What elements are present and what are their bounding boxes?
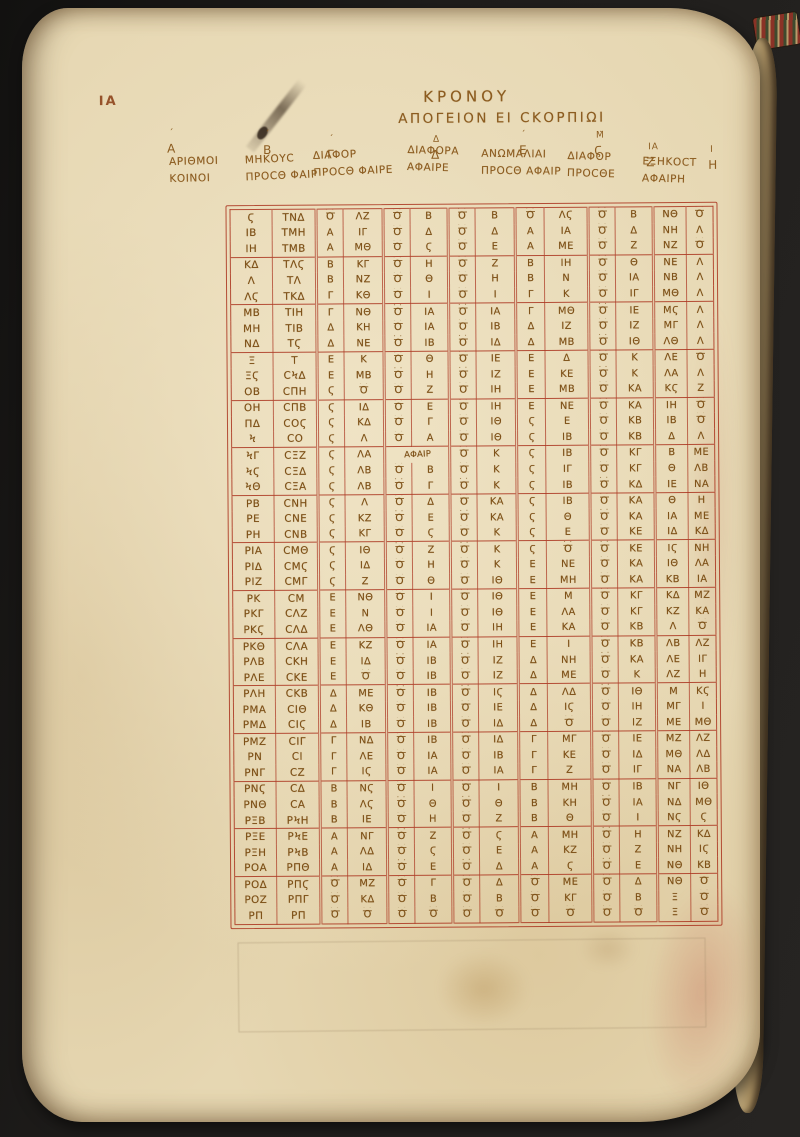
table-cell: Β xyxy=(415,891,453,907)
table-cell: Ο xyxy=(589,334,616,350)
table-cell: Ο xyxy=(451,668,478,684)
table-cell: Ο xyxy=(385,463,412,479)
table-cell: ΝΖ xyxy=(344,272,384,288)
table-cell: ΛϚ xyxy=(347,796,387,812)
table-cell: ΛΔ xyxy=(690,746,717,762)
table-cell: ΜΘ xyxy=(657,747,690,763)
letter-note: Μ̈ xyxy=(596,131,605,141)
table-cell: Ο xyxy=(687,238,714,254)
table-cell: ΙΔ xyxy=(348,860,388,876)
table-cell: Ο xyxy=(687,349,714,365)
table-cell: Η xyxy=(476,271,516,287)
table-cell: ΙΔ xyxy=(479,716,519,732)
table-cell: Ο xyxy=(593,842,620,858)
table-cell: ΙΑ xyxy=(616,270,654,286)
table-cell: Θ xyxy=(479,795,519,811)
table-cell: Ι xyxy=(547,636,591,652)
table-cell: Ο xyxy=(593,826,620,842)
table-cell: Ϛ xyxy=(319,574,346,590)
table-cell: Λ xyxy=(687,254,714,270)
table-cell: Ο xyxy=(448,224,475,240)
table-cell: Ε xyxy=(517,382,546,398)
table-cell: Ο xyxy=(388,859,415,875)
table-cell: Ϛ xyxy=(317,383,344,399)
table-cell: ΙΒ xyxy=(619,778,657,794)
table-cell: ΙΘ xyxy=(616,334,654,350)
table-cell: Ο xyxy=(453,891,480,907)
table-cell: ΝΗ xyxy=(547,652,591,668)
table-cell: Β xyxy=(516,255,545,271)
table-cell: ΚΑ xyxy=(618,556,656,572)
table-cell: Α xyxy=(520,843,549,859)
table-cell: ΙΒ xyxy=(546,429,590,445)
table-cell: Λ xyxy=(687,270,714,286)
table-cell: Ϛ xyxy=(517,493,546,509)
table-cell: Ο xyxy=(384,304,411,320)
table-cell: Β xyxy=(317,273,344,289)
table-cell: ΙΒ xyxy=(347,717,387,733)
table-cell: Ϛ xyxy=(318,526,345,542)
table-cell: ΙΘ xyxy=(619,683,657,699)
table-cell: Α xyxy=(412,430,450,446)
table-cell: ΡΝ xyxy=(234,749,276,765)
table-cell: Ε xyxy=(412,510,450,526)
table-cell: Θ xyxy=(413,573,451,589)
table-cell: ΛΑ xyxy=(547,604,591,620)
table-cell: Ο xyxy=(346,669,386,685)
table-cell: Ο xyxy=(388,907,415,923)
table-cell: ΙΒ xyxy=(411,335,449,351)
table-cell: ΛΒ xyxy=(688,461,715,477)
table-cell: Η xyxy=(411,367,449,383)
table-cell: Ο xyxy=(590,414,617,430)
table-cell: Γ xyxy=(320,749,347,765)
table-cell: ΙΒ xyxy=(476,319,516,335)
table-cell: ϹΞΔ xyxy=(274,463,318,479)
table-cell: ϹΝΕ xyxy=(274,511,318,527)
table-cell: Α xyxy=(321,860,348,876)
table-cell: Δ xyxy=(519,715,548,731)
table-cell: ΚΒ xyxy=(656,572,689,588)
table-cell: Ο xyxy=(387,732,414,748)
table-cell: ΙΑ xyxy=(413,621,451,637)
table-cell: Δ xyxy=(319,685,346,701)
table-cell: ΙΑ xyxy=(689,571,716,587)
table-cell: ΝΗ xyxy=(689,540,716,556)
table-cell: Δ xyxy=(410,224,448,240)
column-header: ΑΝΩΜΑΛΙΑΙΠΡΟϹΘ ΑΦΑΙΡ xyxy=(481,146,561,181)
table-cell: Α xyxy=(321,844,348,860)
table-cell: ΡΕ xyxy=(232,511,274,527)
table-cell: ϞΘ xyxy=(232,479,274,495)
table-cell: ΜΒ xyxy=(545,334,589,350)
table-cell: ΚΑ xyxy=(689,603,716,619)
table-cell: Ο xyxy=(450,478,477,494)
table-cell: ΚΓ xyxy=(617,445,655,461)
table-cell: Ο xyxy=(387,748,414,764)
table-cell: Β xyxy=(520,795,549,811)
table-cell: ΙΑ xyxy=(476,303,516,319)
table-cell: ΙΑ xyxy=(413,637,451,653)
table-cell: Ε xyxy=(319,654,346,670)
table-cell: Ο xyxy=(593,858,620,874)
table-cell: ΤΛϚ xyxy=(272,257,316,273)
table-cell: Ο xyxy=(388,891,415,907)
table-cell: ΙΒ xyxy=(414,716,452,732)
table-cell: Ο xyxy=(450,525,477,541)
table-cell: ϹΞΖ xyxy=(274,447,318,463)
table-cell: ΚΑ xyxy=(477,494,517,510)
table-cell: Δ xyxy=(519,700,548,716)
table-cell: ΙΘ xyxy=(477,430,517,446)
table-cell: Ϛ xyxy=(517,477,546,493)
table-cell: ΜΓ xyxy=(548,731,592,747)
table-cell: ΡΟΔ xyxy=(235,876,277,892)
table-cell: ΚϚ xyxy=(654,381,687,397)
table-cell: Ο xyxy=(480,906,520,922)
table-cell: Ο xyxy=(592,779,619,795)
table-cell: Ο xyxy=(453,907,480,923)
table-cell: Ζ xyxy=(616,238,654,254)
table-cell: ϹϞΔ xyxy=(273,368,317,384)
table-cell: ΛΔ xyxy=(548,684,592,700)
table-cell: Θ xyxy=(549,810,593,826)
table-cell: ΙΘ xyxy=(477,414,517,430)
table-cell: ΚΔ xyxy=(617,477,655,493)
table-cell: Ι xyxy=(413,589,451,605)
table-cell: ΜΘ xyxy=(654,286,687,302)
table-cell: Ο xyxy=(387,701,414,717)
table-cell: Ο xyxy=(590,509,617,525)
table-cell: ΙΖ xyxy=(478,668,518,684)
table-cell: Ο xyxy=(589,286,616,302)
table-cell: Κ xyxy=(344,352,384,368)
table-cell: ΚΑ xyxy=(618,652,656,668)
table-cell: Ο xyxy=(384,351,411,367)
table-cell: Δ xyxy=(516,334,545,350)
table-cell: ΚΗ xyxy=(548,795,592,811)
table-cell: ΝΔ xyxy=(657,794,690,810)
table-cell: ΙΗ xyxy=(655,397,688,413)
table-cell: ΙΒ xyxy=(546,477,590,493)
table-cell: Ι xyxy=(413,605,451,621)
table-cell: ΝΒ xyxy=(654,270,687,286)
table-cell: Α xyxy=(516,224,545,240)
table-body: ϚΤΝΔΟΛΖΟΒΟΒΟΛϚΟΒΝΘΟΙΒΤΜΗΑΙΓΟΔΟΔΑΙΑΟΔΝΗΛΙ… xyxy=(230,206,718,924)
table-cell: ΙϚ xyxy=(656,540,689,556)
table-cell: ΜΖ xyxy=(348,876,388,892)
table-cell: ϹΔ xyxy=(276,781,320,797)
table-cell: ΡΜΑ xyxy=(233,702,275,718)
table-cell: ΝΘ xyxy=(344,304,384,320)
table-cell: Ε xyxy=(317,368,344,384)
table-cell: Ϛ xyxy=(318,447,345,463)
page-background: ΙΑ ΚΡΟΝΟΥ ΑΠΟΓΕΙΟΝ ΕΙ ϹΚΟΡΠΙΩΙ ´ Α ´ Β ´… xyxy=(0,0,800,1137)
table-cell: ΛΕ xyxy=(654,349,687,365)
table-cell: ΝΑ xyxy=(688,476,715,492)
table-cell: Ϛ xyxy=(318,511,345,527)
table-cell: ΙΒ xyxy=(414,701,452,717)
table-cell: ΙΗ xyxy=(477,398,517,414)
table-cell: Ο xyxy=(387,716,414,732)
table-cell: ΝΘ xyxy=(346,590,386,606)
table-cell: ΝΗ xyxy=(653,223,686,239)
table-cell: Μ xyxy=(547,588,591,604)
table-cell: Ε xyxy=(518,589,547,605)
table-cell: Κ xyxy=(477,477,517,493)
table-cell: Λ xyxy=(687,365,714,381)
table-cell: Ο xyxy=(691,873,718,889)
table-cell: Ζ xyxy=(688,381,715,397)
table-cell: ΙΖ xyxy=(619,715,657,731)
table-cell: Ο xyxy=(385,478,412,494)
table-cell: Ξ xyxy=(658,889,691,905)
table-cell: ΤϚ xyxy=(273,336,317,352)
table-cell: ΟΒ xyxy=(231,384,273,400)
table-cell: ΡΠ xyxy=(277,908,321,924)
table-cell: ΚΓ xyxy=(345,526,385,542)
table-cell: Ϟ xyxy=(232,432,274,448)
table-cell: Ε xyxy=(547,525,591,541)
column-header: ΔΙΑΦΟΡΠΡΟϹΘΕ xyxy=(567,148,616,183)
table-cell: ΙΔ xyxy=(655,524,688,540)
table-cell: ΝΕ xyxy=(547,557,591,573)
table-cell: ΙΕ xyxy=(347,812,387,828)
table-cell: Ο xyxy=(589,271,616,287)
table-cell: Ε xyxy=(480,843,520,859)
table-cell: ΡΚ xyxy=(233,590,275,606)
table-cell: Θ xyxy=(655,461,688,477)
table-cell: ΡΚϚ xyxy=(233,622,275,638)
column-header: ΜΗΚΟΥϹΠΡΟϹΘ ΦΑΙΡ xyxy=(245,149,319,186)
table-cell: Ο xyxy=(385,415,412,431)
table-cell: Ο xyxy=(384,240,411,256)
table-cell: Β xyxy=(475,208,515,224)
table-cell: Ο xyxy=(386,637,413,653)
table-cell: ϹΠΗ xyxy=(273,384,317,400)
table-cell: Η xyxy=(415,811,453,827)
table-cell: ΚΕ xyxy=(618,540,656,556)
column-header: ΕΞΗΚΟϹΤΑΦΑΙΡΗ xyxy=(642,153,697,189)
table-cell: ΜΕ xyxy=(657,714,690,730)
table-cell: ΜΕ xyxy=(545,239,589,255)
table-cell: Ο xyxy=(386,558,413,574)
table-cell: Ζ xyxy=(548,763,592,779)
table-cell: ΡΞΒ xyxy=(234,813,276,829)
table-cell: Ο xyxy=(448,208,475,224)
table-cell: Ο xyxy=(590,398,617,414)
table-cell: Ο xyxy=(452,732,479,748)
table-cell: ΙΒ xyxy=(230,225,272,241)
table-cell: Ο xyxy=(452,684,479,700)
table-cell: ΝΘ xyxy=(658,873,691,889)
column-header: ΔΙΑΦΟΡΠΡΟϹΘ ΦΑΙΡΕ xyxy=(312,145,393,182)
table-cell: Ο xyxy=(450,446,477,462)
table-cell: Θ xyxy=(616,254,654,270)
table-cell: Ο xyxy=(383,208,410,224)
table-cell: Γ xyxy=(516,287,545,303)
table-cell: ϹΚΒ xyxy=(275,685,319,701)
table-cell: ΚΕ xyxy=(548,747,592,763)
table-cell: ΜΕ xyxy=(688,508,715,524)
table-cell: Ϛ xyxy=(318,542,345,558)
table-cell: ΜΗ xyxy=(547,572,591,588)
table-cell: Ξ xyxy=(658,905,691,921)
table-cell: ΙΓ xyxy=(546,461,590,477)
table-cell: Ο xyxy=(386,573,413,589)
table-cell: ΛΘ xyxy=(654,333,687,349)
manuscript-table: ϚΤΝΔΟΛΖΟΒΟΒΟΛϚΟΒΝΘΟΙΒΤΜΗΑΙΓΟΔΟΔΑΙΑΟΔΝΗΛΙ… xyxy=(229,206,718,925)
table-cell: ΛΕ xyxy=(347,749,387,765)
table-cell: Ο xyxy=(589,255,616,271)
table-cell: ΜϚ xyxy=(654,302,687,318)
table-cell: Δ xyxy=(317,336,344,352)
table-cell: ΙΔ xyxy=(346,558,386,574)
table-cell: ΝϚ xyxy=(657,810,690,826)
table-cell: ΙΑ xyxy=(414,764,452,780)
table-cell: ΙϚ xyxy=(347,764,387,780)
table-cell: Ο xyxy=(451,573,478,589)
table-cell: Ο xyxy=(385,494,412,510)
table-cell: Ο xyxy=(449,319,476,335)
table-cell: ΚΖ xyxy=(549,843,593,859)
table-cell: ΝΕ xyxy=(344,335,384,351)
table-cell: ΚΒ xyxy=(618,635,656,651)
table-cell: ΝΕ xyxy=(654,254,687,270)
table-cell: Α xyxy=(520,858,549,874)
table-cell: ΡΚΘ xyxy=(233,638,275,654)
table-cell: Ν xyxy=(346,606,386,622)
table-cell: Ο xyxy=(385,431,412,447)
table-cell: ΚΒ xyxy=(617,429,655,445)
table-cell: Ο xyxy=(588,223,615,239)
table-cell: Ο xyxy=(451,589,478,605)
table-cell: ΡΛΗ xyxy=(233,686,275,702)
table-cell: ΡΞΗ xyxy=(234,845,276,861)
table-cell: ΝΖ xyxy=(653,238,686,254)
table-cell: ΡΠΘ xyxy=(277,860,321,876)
table-cell: Ο xyxy=(388,828,415,844)
table-cell: ΙΓ xyxy=(343,225,383,241)
table-cell: Ε xyxy=(518,557,547,573)
table-cell: Β xyxy=(615,207,653,223)
table-cell: ΙΑ xyxy=(619,794,657,810)
table-cell: ΡΜΔ xyxy=(234,717,276,733)
table-cell: ΜΘ xyxy=(343,240,383,256)
table-cell: Λ xyxy=(688,428,715,444)
table-cell: ΤΜΗ xyxy=(272,225,316,241)
table-cell: ΛΕ xyxy=(656,651,689,667)
table-cell: ΡΙΔ xyxy=(232,559,274,575)
table-cell: ΚΕ xyxy=(618,524,656,540)
table-cell: ΚΔ xyxy=(656,588,689,604)
table-cell: ΙΗ xyxy=(478,636,518,652)
table-cell: Ο xyxy=(452,700,479,716)
table-cell: Ϛ xyxy=(518,525,547,541)
table-cell: ΙΘ xyxy=(690,778,717,794)
table-cell: Ο xyxy=(452,796,479,812)
table-cell: ΙΑ xyxy=(411,319,449,335)
table-cell: ϹΛΑ xyxy=(275,638,319,654)
table-cell: ΚΘ xyxy=(347,701,387,717)
table-cell: Γ xyxy=(320,733,347,749)
table-cell: Ο xyxy=(591,540,618,556)
table-cell: Δ xyxy=(519,668,548,684)
table-cell: ΡΝϚ xyxy=(234,781,276,797)
table-cell: ϹΚΕ xyxy=(275,669,319,685)
table-cell: ΚΖ xyxy=(346,637,386,653)
table-cell: Δ xyxy=(317,320,344,336)
table-cell: ΚΓ xyxy=(618,588,656,604)
table-cell: Λ xyxy=(686,222,713,238)
table-cell: Ϛ xyxy=(318,495,345,511)
table-cell: Γ xyxy=(516,303,545,319)
table-cell: ΛϚ xyxy=(544,207,588,223)
table-cell: Ο xyxy=(452,764,479,780)
table-cell: Ο xyxy=(451,541,478,557)
table-cell: Ο xyxy=(384,256,411,272)
table-cell: ΙϚ xyxy=(691,842,718,858)
table-cell: Ε xyxy=(516,350,545,366)
table-cell: Ε xyxy=(415,859,453,875)
table-cell: ΜΕ xyxy=(346,685,386,701)
table-cell: ϹΞΑ xyxy=(274,479,318,495)
table-cell: Ο xyxy=(592,763,619,779)
table-cell: ϹΟ xyxy=(274,431,318,447)
table-cell: ΙΖ xyxy=(476,367,516,383)
table-cell: ΟΗ xyxy=(231,400,273,416)
table-cell: ΙΗ xyxy=(545,255,589,271)
table-cell: Ε xyxy=(475,239,515,255)
table-cell: ΡΙΑ xyxy=(232,543,274,559)
table-cell: Ο xyxy=(384,335,411,351)
table-cell: ΜΓ xyxy=(654,318,687,334)
table-cell: ΚΓ xyxy=(617,461,655,477)
table-cell: Δ xyxy=(519,684,548,700)
table-cell: Ο xyxy=(385,383,412,399)
table-cell: Ο xyxy=(344,383,384,399)
table-cell: ΙΑ xyxy=(479,763,519,779)
table-cell: Ϛ xyxy=(517,414,546,430)
table-cell: Ο xyxy=(386,526,413,542)
table-cell: Ι xyxy=(411,287,449,303)
table-cell: ΜΒ xyxy=(231,305,273,321)
table-cell: Κ xyxy=(477,462,517,478)
table-cell: Ο xyxy=(386,653,413,669)
table-cell: Δ xyxy=(480,859,520,875)
table-cell: Μ xyxy=(657,683,690,699)
table-cell: ΡΠϚ xyxy=(277,876,321,892)
table-cell: ΚΑ xyxy=(617,381,655,397)
table-cell: Ε xyxy=(620,858,658,874)
table-cell: Γ xyxy=(320,765,347,781)
table-cell: Κ xyxy=(616,366,654,382)
table-cell: Ϛ xyxy=(517,446,546,462)
table-cell: Ε xyxy=(546,414,590,430)
table-cell: Ο xyxy=(686,206,713,222)
table-cell: ΜΖ xyxy=(657,731,690,747)
table-cell: ΝΗ xyxy=(658,842,691,858)
table-cell: Γ xyxy=(317,288,344,304)
table-cell: ΙΒ xyxy=(546,493,590,509)
table-cell: Δ xyxy=(320,701,347,717)
table-cell: ΤΙΗ xyxy=(273,304,317,320)
table-cell: ΚΘ xyxy=(344,288,384,304)
table-cell: Ο xyxy=(450,510,477,526)
table-cell: Ο xyxy=(588,207,615,223)
table-cell: Β xyxy=(520,811,549,827)
table-cell: Β xyxy=(516,271,545,287)
